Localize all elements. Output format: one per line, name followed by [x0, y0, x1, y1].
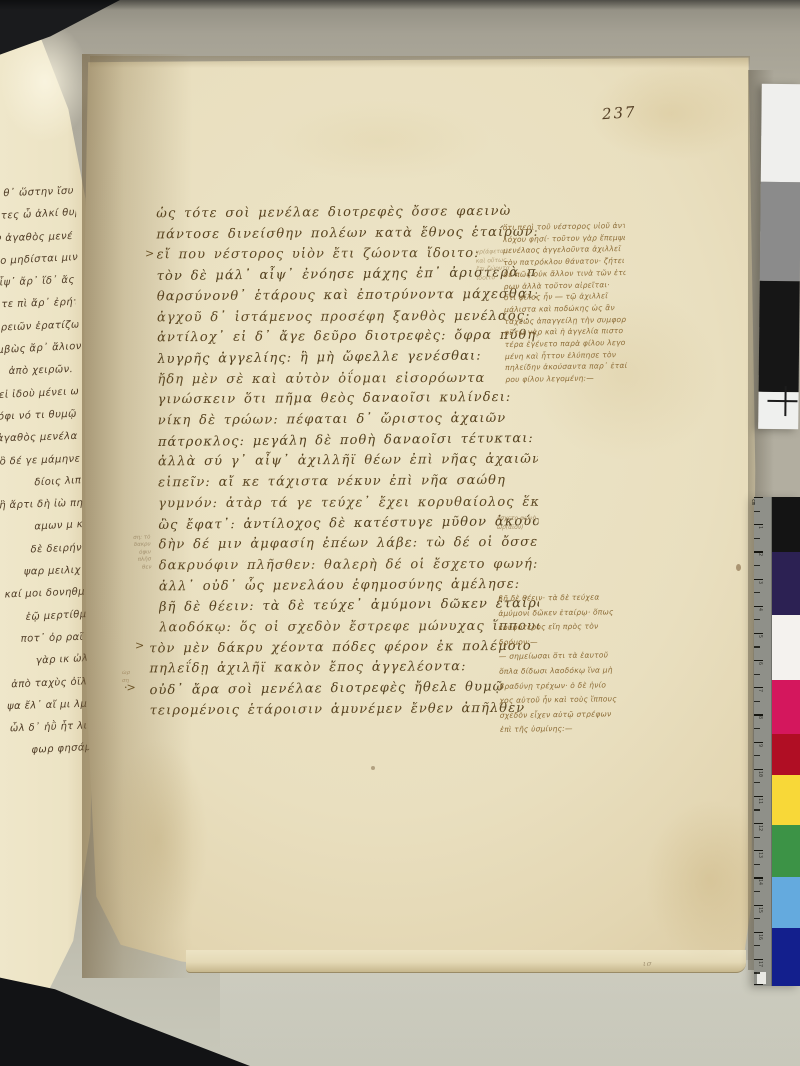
text-line: ψαρ μειλιχ — [2, 560, 87, 585]
text-line: ωτες ὦ ἀλκί θυμ — [0, 202, 77, 228]
text-line: χος αὐτοῦ ἦν καὶ τοὺς ἵππους — [499, 692, 633, 708]
text-line: πάτροκλος: μεγάλη δὲ ποθὴ δαναοῖσι τέτυκ… — [158, 429, 538, 454]
ruler-half-tick — [754, 511, 760, 512]
ruler-end-tab — [757, 972, 766, 984]
faint-note-mid-right: ἔσχετο φωνὴὡρ(αῖον) — [497, 515, 553, 532]
text-line: ὡρ — [122, 670, 140, 678]
manuscript-photo: μι θ᾽ ὥστην ἴσυωτες ὦ ἀλκί θυμὴν ἀγαθὸς … — [0, 0, 800, 1066]
ruler-half-tick — [754, 755, 760, 756]
ruler-half-tick — [754, 592, 760, 593]
ink-speck — [736, 564, 741, 571]
text-line: ἴδοιτο — [476, 273, 522, 283]
ruler-half-tick — [754, 918, 760, 919]
ruler-number: 15 — [757, 907, 763, 913]
target-white-patch — [758, 392, 798, 429]
ruler-number: 8 — [757, 716, 763, 719]
text-line: λαοδόκῳ: ὅς οἱ σχεδὸν ἔστρεφε μώνυχας ἵπ… — [159, 617, 539, 639]
text-line: γὰρ ικ ὠλ — [9, 648, 94, 674]
ink-speck — [371, 766, 375, 770]
text-line: ρου φίλου λεγομένη:— — [505, 372, 627, 386]
text-line: θαρσύνονθ᾽ ἑτάρους καὶ ἐποτρύνοντα μάχεσ… — [157, 284, 537, 307]
folio-number: 237 — [601, 103, 637, 123]
text-line: ἀγχοῦ δ᾽ ἱστάμενος προσέφη ξανθὸς μενέλα… — [157, 306, 537, 328]
ruler-cm-tick — [754, 932, 763, 933]
ruler-number: 9 — [757, 744, 763, 747]
ruler-cm-tick — [754, 905, 763, 906]
ruler-cm-tick — [754, 579, 763, 580]
text-line: θεν — [115, 564, 151, 573]
text-line: κ τε πὶ ἄρ᾽ ἐρήτυ — [0, 292, 76, 317]
text-line: γυμνόν: ἀτὰρ τά γε τεύχε᾽ ἔχει κορυθαίολ… — [158, 493, 538, 515]
text-line: ἀπὸ ταχὺς ὀϊλ — [8, 671, 93, 697]
ruler-half-tick — [754, 972, 760, 973]
text-line: ὴν ἀγαθὸς μενέ — [0, 226, 73, 251]
ruler-cm-tick — [754, 984, 763, 985]
ruler-cm-tick — [754, 769, 763, 770]
text-line: νίκη δὲ τρώων: πέφαται δ᾽ ὤριστος ἀχαιῶν — [158, 409, 538, 432]
mid-gray-patch — [760, 182, 800, 281]
left-margin-gloss: ση: τὸδακρυόφινπλῆσθεν — [114, 534, 151, 572]
text-line: το μηδίσται μιν — [0, 247, 78, 273]
text-line: ψα ἔλ᾽ αἴ μι λμν — [7, 693, 92, 718]
ruler-number: 17 — [757, 961, 763, 967]
text-line: λυγρῆς ἀγγελίης: ἣ μὴ ὤφελλε γενέσθαι: — [157, 346, 537, 371]
ruler-number: 7 — [757, 689, 763, 692]
text-line: δὲ δειρήν — [3, 537, 88, 563]
ruler-number: 2 — [757, 553, 763, 556]
text-line: ἀμύμονι δῶκεν ἑταίρῳ· ὅπως — [498, 605, 632, 621]
ruler-cm-tick — [754, 796, 763, 797]
left-margin-tiny-gloss: ὡρση — [122, 670, 140, 685]
light-blue-patch — [772, 877, 800, 928]
page-top-shadow — [90, 56, 750, 68]
white-patch — [761, 84, 800, 182]
fabric-highlight — [220, 960, 800, 1066]
ruler-half-tick — [754, 701, 760, 702]
color-patch-stack — [772, 497, 800, 986]
magenta-patch — [772, 680, 800, 734]
dark-violet-patch — [772, 552, 800, 615]
black-patch — [772, 497, 800, 552]
ruler-half-tick — [754, 538, 760, 539]
ruler-cm-tick — [754, 742, 763, 743]
text-line: καί μοι δονηθμ — [4, 582, 89, 608]
parchment-stain — [108, 740, 208, 940]
ruler-number: 4 — [757, 608, 763, 611]
text-line: ἀπὸ χειρῶν. — [0, 359, 78, 384]
underlying-page-edges — [186, 950, 746, 973]
ruler-half-tick — [754, 646, 760, 647]
text-line: δακρυόφιν πλῆσθεν: θαλερὴ δέ οἱ ἔσχετο φ… — [159, 555, 539, 577]
ruler-half-tick — [754, 565, 760, 566]
text-line: πηλείδην ἀκούσαντα παρ᾽ ἑταί — [505, 360, 627, 374]
navy-patch — [772, 928, 800, 986]
ruler-number: 5 — [757, 635, 763, 638]
text-line: εἰπεῖν: αἴ κε τάχιστα νέκυν ἐπὶ νῆα σαώθ… — [158, 471, 538, 494]
ruler-number: 10 — [757, 771, 763, 777]
text-line: ὡς τότε σοὶ μενέλαε διοτρεφὲς ὄσσε φαειν… — [156, 202, 536, 225]
color-calibration-bar: 1234567891011121314151617cm — [754, 497, 800, 986]
ruler-half-tick — [754, 782, 760, 783]
ruler-half-tick — [754, 864, 760, 865]
faint-quire-mark: ισ — [643, 960, 653, 968]
ruler-cm-tick — [754, 959, 763, 960]
cm-ruler: 1234567891011121314151617cm — [754, 497, 772, 986]
white-patch — [772, 615, 800, 680]
ruler-cm-tick — [754, 823, 763, 824]
text-line: εἰ ἰδοὺ μένει ω — [0, 381, 83, 407]
diple-mark: > — [145, 247, 153, 260]
text-line: ἔσχετο φωνὴ — [497, 515, 553, 524]
ruler-number: 12 — [757, 825, 763, 831]
ruler-half-tick — [754, 619, 760, 620]
text-line: ἤδη μὲν σὲ καὶ αὐτὸν ὀΐομαι εἰσορόωντα — [157, 368, 537, 390]
text-line: ὣς ἔφατ᾽: ἀντίλοχος δὲ κατέστυγε μῦθον ἀ… — [158, 512, 538, 537]
red-patch — [772, 734, 800, 775]
ruler-cm-tick — [754, 606, 763, 607]
photo-edge-vignette — [0, 0, 800, 10]
faint-variant-note: γρ(άφεται)καὶ οὕτωςἔτι ζώονταἴδοιτο — [475, 247, 522, 283]
ruler-cm-tick — [754, 633, 763, 634]
black-patch — [759, 281, 800, 392]
text-line: οὐδ᾽ ἄρα σοὶ μενέλαε διοτρεφὲς ἤθελε θυμ… — [149, 677, 539, 702]
text-line: πάντοσε δινείσθην πολέων κατὰ ἔθνος ἑταί… — [156, 222, 536, 245]
text-line: ἀγαθὸς μενέλα — [0, 426, 81, 451]
text-line: γινώσκειν ὅτι πῆμα θεὸς δαναοῖσι κυλίνδε… — [157, 388, 537, 411]
text-line: ση — [122, 678, 140, 686]
scholium-top-right: ὅτι περὶ τοῦ νέστορος υἱοῦ ἀντιλόχου φησ… — [503, 220, 628, 386]
ruler-half-tick — [754, 837, 760, 838]
ruler-number: 3 — [757, 581, 763, 584]
ruler-cm-tick — [754, 497, 763, 498]
text-line: τειρομένοις ἑτάροισιν ἀμυνέμεν ἔνθεν ἀπῆ… — [150, 699, 540, 722]
text-line: τὸν μὲν δάκρυ χέοντα πόδες φέρον ἐκ πολέ… — [149, 636, 539, 659]
ruler-unit-label: cm — [750, 499, 756, 505]
text-line: ἑῷ μερτίθμ — [7, 603, 92, 629]
text-line: ἐπὶ τῆς ὑσμίνης:— — [500, 721, 634, 737]
ruler-half-tick — [754, 809, 760, 810]
ruler-number: 14 — [757, 879, 763, 885]
ruler-half-tick — [754, 674, 760, 675]
text-line: βῆ δὲ θέειν: τὰ δὲ τεύχε᾽ ἀμύμονι δῶκεν … — [159, 594, 539, 619]
ruler-number: 11 — [757, 798, 763, 804]
text-line: δὴν δέ μιν ἀμφασίη ἐπέων λάβε: τὼ δέ οἱ … — [159, 533, 539, 556]
text-line: ἀλλὰ σύ γ᾽ αἶψ᾽ ἀχιλλῆϊ θέων ἐπὶ νῆας ἀχ… — [158, 450, 538, 473]
ruler-number: 6 — [757, 662, 763, 665]
ruler-half-tick — [754, 945, 760, 946]
ruler-half-tick — [754, 728, 760, 729]
ruler-half-tick — [754, 891, 760, 892]
grayscale-calibration-card — [758, 84, 800, 429]
ruler-number: 16 — [757, 934, 763, 940]
text-line: αμων μ κ — [4, 514, 89, 540]
scholium-lower-right: βῆ δὲ θέειν· τὰ δὲ τεύχεαἀμύμονι δῶκεν ἑ… — [498, 590, 634, 738]
diple-mark: > — [135, 639, 143, 652]
text-line: όφι νό τι θυμῷ — [0, 403, 82, 429]
yellow-patch — [772, 775, 800, 825]
parchment-stain — [270, 100, 490, 180]
green-patch — [772, 825, 800, 877]
ruler-number: 13 — [757, 852, 763, 858]
ruler-cm-tick — [754, 660, 763, 661]
text-line: ὡρ(αῖον) — [497, 524, 553, 533]
ruler-number: 1 — [757, 526, 763, 529]
registration-crosshair — [767, 400, 797, 402]
